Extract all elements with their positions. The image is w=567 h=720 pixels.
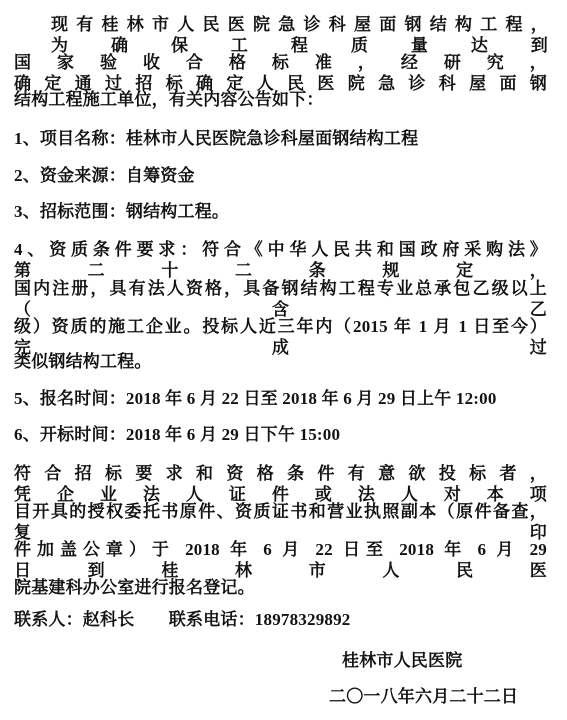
- item-qualification-line-4: 类似钢结构工程。: [14, 351, 152, 372]
- intro-line-3: 结构工程施工单位，有关内容公告如下：: [14, 89, 324, 110]
- item-qualification-line-2: 国内注册，具有法人资格，具备钢结构工程专业总承包乙级以上（含乙: [14, 278, 547, 300]
- item-qualification-line-1: 4、资质条件要求：符合《中华人民共和国政府采购法》第二十二条规定，: [14, 239, 547, 261]
- item-bid-opening-time: 6、开标时间：2018 年 6 月 29 日下午 15:00: [14, 424, 340, 445]
- item-registration-time: 5、报名时间：2018 年 6 月 22 日至 2018 年 6 月 29 日上…: [14, 388, 497, 409]
- intro-line-2: 国家验收合格标准，经研究，确定通过招标确定人民医院急诊科屋面钢: [14, 52, 547, 74]
- signature-date: 二〇一八年六月二十二日: [329, 686, 518, 707]
- signature-org: 桂林市人民医院: [342, 650, 462, 671]
- item-qualification-line-3: 级）资质的施工企业。投标人近三年内（2015 年 1 月 1 日至今）完成过: [14, 316, 547, 338]
- registration-para-line-3: 件加盖公章）于 2018 年 6 月 22 日至 2018 年 6 月 29 日…: [14, 539, 547, 561]
- announcement-document: 现有桂林市人民医院急诊科屋面钢结构工程，为确保工程质量达到 国家验收合格标准，经…: [0, 0, 567, 720]
- registration-para-line-2: 目开具的授权委托书原件、资质证书和营业执照副本（原件备查，复印: [14, 501, 547, 523]
- contact-line: 联系人：赵科长 联系电话：18978329892: [14, 609, 351, 630]
- item-funding-source: 2、资金来源：自筹资金: [14, 165, 195, 186]
- item-bid-scope: 3、招标范围：钢结构工程。: [14, 201, 229, 222]
- intro-line-1: 现有桂林市人民医院急诊科屋面钢结构工程，为确保工程质量达到: [51, 14, 548, 36]
- registration-para-line-1: 符合招标要求和资格条件有意欲投标者，凭企业法人证件或法人对本项: [14, 463, 547, 485]
- item-project-name: 1、项目名称：桂林市人民医院急诊科屋面钢结构工程: [14, 128, 418, 149]
- registration-para-line-4: 院基建科办公室进行报名登记。: [14, 577, 255, 598]
